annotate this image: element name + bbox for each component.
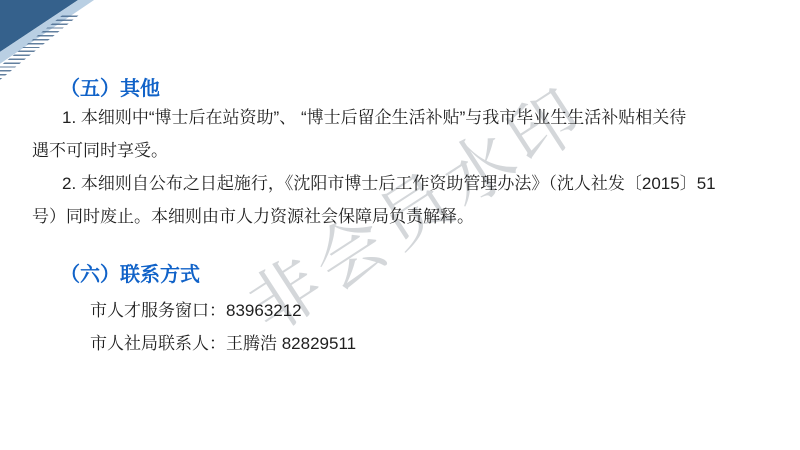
paragraph-2-line-1: 2. 本细则自公布之日起施行，《沈阳市博士后工作资助管理办法》（沈人社发〔201… xyxy=(32,167,777,200)
contact-person: 市人社局联系人：王腾浩 82829511 xyxy=(90,333,356,355)
paragraph-benefits-exclusion: 1. 本细则中“博士后在站资助”、 “博士后留企生活补贴”与我市毕业生生活补贴相… xyxy=(32,101,777,167)
contact-service-window: 市人才服务窗口：83963212 xyxy=(90,300,302,322)
section-heading-contact: （六）联系方式 xyxy=(60,262,200,288)
paragraph-effective-date: 2. 本细则自公布之日起施行，《沈阳市博士后工作资助管理办法》（沈人社发〔201… xyxy=(32,167,777,233)
paragraph-2-line-2: 号）同时废止。本细则由市人力资源社会保障局负责解释。 xyxy=(32,200,777,233)
corner-stripe-pattern xyxy=(0,0,110,85)
corner-dark-triangle xyxy=(0,0,110,85)
corner-decoration xyxy=(0,0,110,85)
paragraph-1-line-2: 遇不可同时享受。 xyxy=(32,134,777,167)
section-heading-other: （五）其他 xyxy=(60,76,160,102)
presentation-slide: 非会员水印 （五）其他 1. 本细则中“博士后在站资助”、 “博士后留企生活补贴… xyxy=(0,0,800,450)
corner-light-band xyxy=(0,0,110,85)
paragraph-1-line-1: 1. 本细则中“博士后在站资助”、 “博士后留企生活补贴”与我市毕业生生活补贴相… xyxy=(32,101,777,134)
